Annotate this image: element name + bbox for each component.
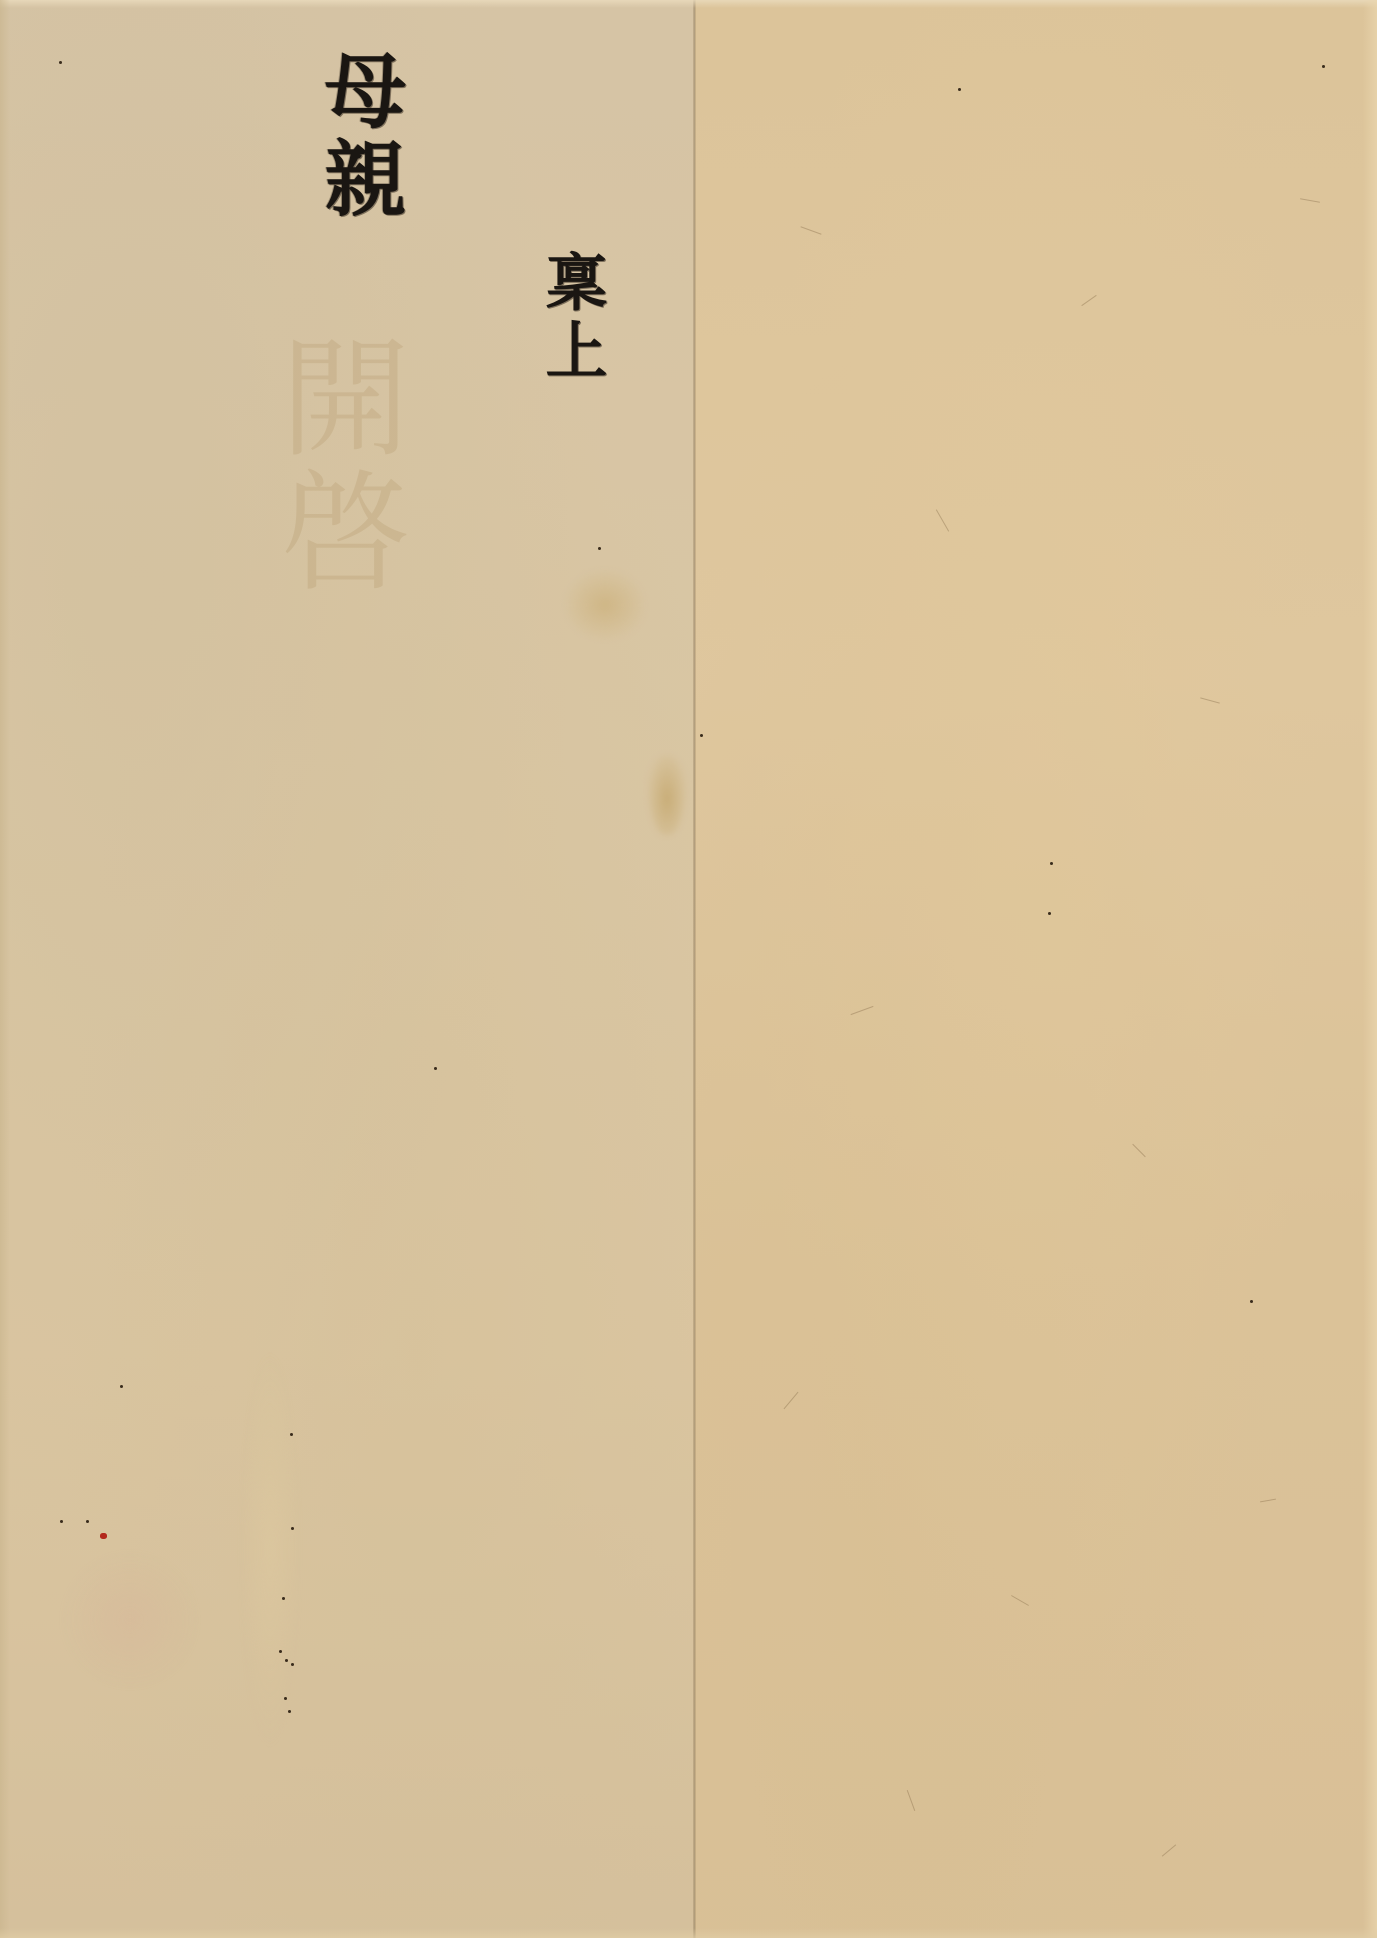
- paper-speck: [1048, 912, 1051, 915]
- paper-speck: [1250, 1300, 1253, 1303]
- paper-speck: [60, 1520, 63, 1523]
- paper-speck: [282, 1597, 285, 1600]
- paper-speck: [1050, 862, 1053, 865]
- paper-speck: [434, 1067, 437, 1070]
- faded-stain: [240, 1350, 300, 1750]
- salutation-calligraphy: 稟上: [540, 250, 602, 386]
- paper-speck: [284, 1697, 287, 1700]
- paper-edge-right: [1363, 0, 1377, 1938]
- paper-speck: [288, 1710, 291, 1713]
- paper-speck: [86, 1520, 89, 1523]
- paper-speck: [285, 1659, 288, 1662]
- paper-speck: [958, 88, 961, 91]
- faded-stain: [60, 1550, 200, 1690]
- paper-speck: [1322, 65, 1325, 68]
- paper-speck: [598, 547, 601, 550]
- paper-speck: [59, 61, 62, 64]
- right-panel: [695, 0, 1377, 1938]
- paper-edge-top: [0, 0, 1377, 8]
- faint-ghost-text: 開啓: [270, 330, 400, 598]
- paper-speck: [120, 1385, 123, 1388]
- paper-speck: [279, 1650, 282, 1653]
- paper-speck: [700, 734, 703, 737]
- paper-speck: [291, 1527, 294, 1530]
- document-sheet: 開啓 母親 稟上: [0, 0, 1377, 1938]
- paper-speck: [290, 1433, 293, 1436]
- paper-edge-left: [0, 0, 10, 1938]
- paper-speck: [291, 1663, 294, 1666]
- addressee-calligraphy: 母親: [318, 48, 400, 224]
- paper-edge-bottom: [0, 1928, 1377, 1938]
- red-ink-mark: [100, 1533, 107, 1539]
- fold-line: [693, 0, 696, 1938]
- water-stain: [565, 570, 645, 640]
